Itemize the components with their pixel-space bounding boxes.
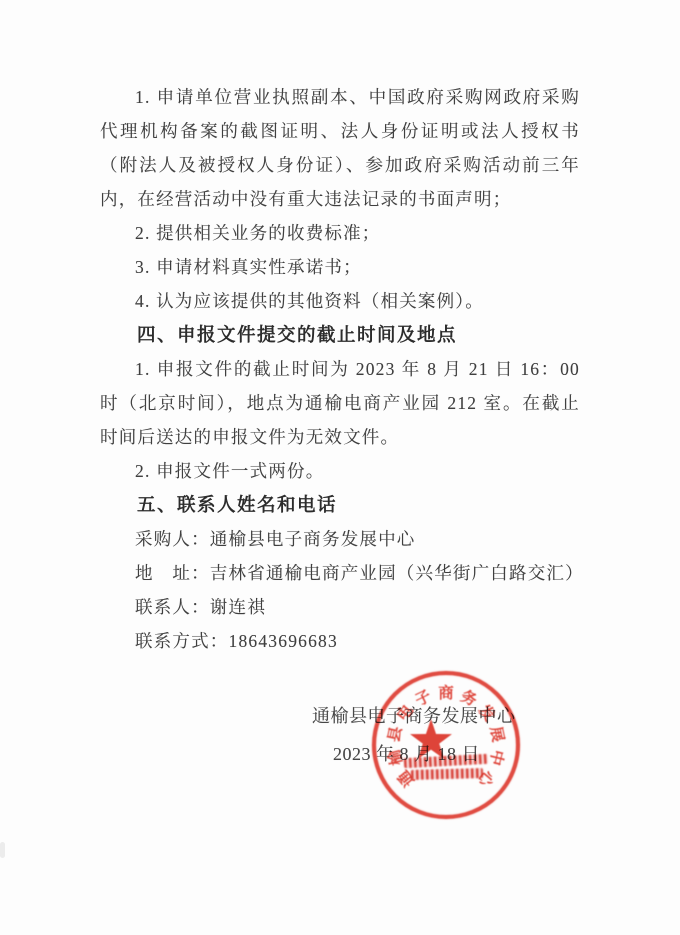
signature-date: 2023 年 8 月 18 日 [333, 742, 480, 766]
seal-arc-char: 商 [438, 681, 454, 703]
document-body: 1. 申请单位营业执照副本、中国政府采购网政府采购代理机构备案的截图证明、法人身… [100, 80, 580, 658]
signature-org: 通榆县电子商务发展中心 [312, 704, 516, 728]
seal-serial-code [411, 768, 483, 780]
paragraph: 3. 申请材料真实性承诺书； [100, 250, 580, 284]
section-heading: 五、联系人姓名和电话 [100, 488, 580, 522]
seal-arc-char: 中 [485, 748, 510, 768]
seal-arc-char: 通 [392, 766, 419, 792]
paragraph: 2. 申报文件一式两份。 [100, 454, 580, 488]
paragraph: 1. 申请单位营业执照副本、中国政府采购网政府采购代理机构备案的截图证明、法人身… [100, 80, 580, 216]
scan-artifact [0, 842, 5, 858]
section-heading: 四、申报文件提交的截止时间及地点 [100, 318, 580, 352]
contact-line: 联系人：谢连祺 [100, 590, 580, 624]
seal-arc-char: 心 [473, 766, 500, 792]
paragraph: 2. 提供相关业务的收费标准； [100, 216, 580, 250]
contact-line: 采购人：通榆县电子商务发展中心 [100, 522, 580, 556]
paragraph: 4. 认为应该提供的其他资料（相关案例）。 [100, 284, 580, 318]
contact-line: 联系方式：18643696683 [100, 624, 580, 658]
document-page: 1. 申请单位营业执照副本、中国政府采购网政府采购代理机构备案的截图证明、法人身… [0, 0, 680, 935]
contact-line: 地 址：吉林省通榆电商产业园（兴华街广白路交汇） [100, 556, 580, 590]
paragraph: 1. 申报文件的截止时间为 2023 年 8 月 21 日 16：00 时（北京… [100, 352, 580, 454]
